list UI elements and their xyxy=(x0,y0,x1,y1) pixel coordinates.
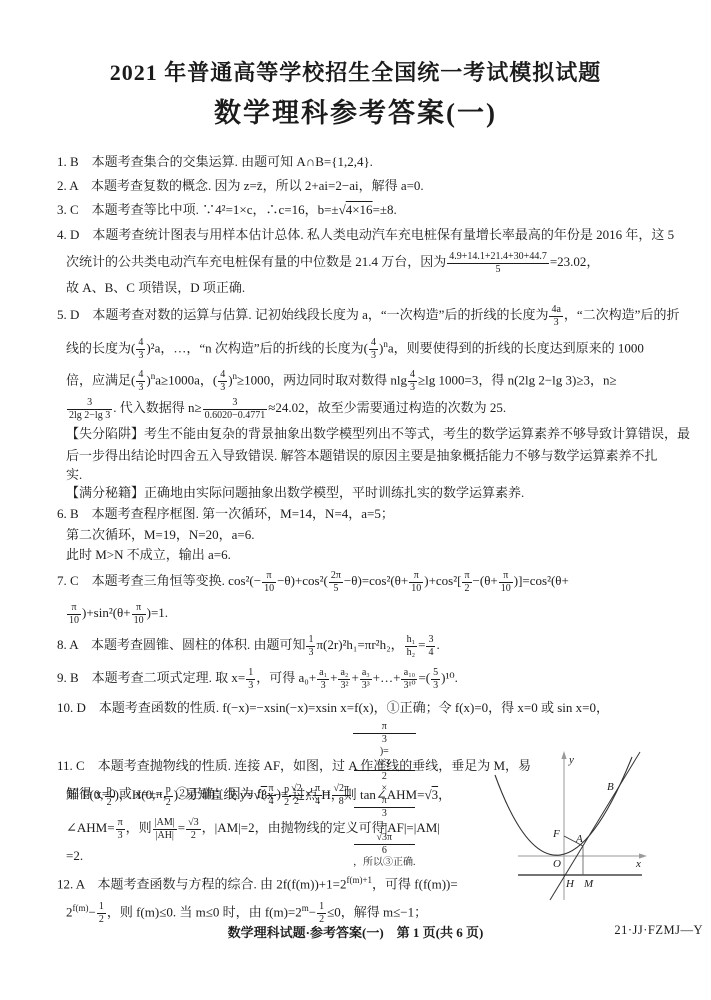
label-y-axis: y xyxy=(568,754,574,766)
answer-line-8: 8. A 本题考查圆锥、圆柱的体积. 由题可知13π(2r)²h₁=πr²h₂，… xyxy=(57,629,657,661)
y-axis-arrow-icon xyxy=(561,751,566,759)
answer-line-6b: 第二次循环，M=19，N=20，a=6. xyxy=(57,525,657,545)
pitfall-note-line1: 【失分陷阱】考生不能由复杂的背景抽象出数学模型列出不等式，考生的数学运算素养不够… xyxy=(57,423,657,445)
answer-line-4a: 4. D 本题考查统计图表与用样本估计总体. 私人类电动汽车充电桩保有量增长率最… xyxy=(57,222,657,247)
footer-page-info: 数学理科试题·参考答案(一) 第 1 页(共 6 页) xyxy=(0,922,711,941)
label-point-M: M xyxy=(583,878,594,890)
answer-line-7b: π10)+sin²(θ+π10)=1. xyxy=(57,597,657,629)
answer-line-5d: 32lg 2−lg 3. 代入数据得 n≥30.6020−0.4771≈24.0… xyxy=(57,392,657,423)
label-point-F: F xyxy=(552,828,560,840)
pitfall-note-line3: 实. xyxy=(57,467,657,483)
answer-line-5b: 线的长度为(43)²a，…，“n 次构造”后的折线的长度为(43)na，则要使得… xyxy=(57,329,657,360)
parabola-figure-svg: y x F A B O H M xyxy=(490,742,665,920)
answer-line-7a: 7. C 本题考查三角恒等变换. cos²(−π10−θ)+cos²(2π5−θ… xyxy=(57,565,657,597)
label-x-axis: x xyxy=(635,858,641,870)
label-point-O: O xyxy=(553,858,561,870)
label-point-H: H xyxy=(565,878,575,890)
answer-line-2: 2. A 本题考查复数的概念. 因为 z=z̄，所以 2+ai=2−ai，解得 … xyxy=(57,174,657,198)
exam-answer-page: 2021 年普通高等学校招生全国统一考试模拟试题 数学理科参考答案(一) 1. … xyxy=(0,0,711,1000)
answer-line-10a: 10. D 本题考查函数的性质. f(−x)=−xsin(−x)=xsin x=… xyxy=(57,695,657,721)
document-header: 2021 年普通高等学校招生全国统一考试模拟试题 数学理科参考答案(一) xyxy=(0,56,711,130)
document-title-line2: 数学理科参考答案(一) xyxy=(0,91,711,130)
answer-line-6c: 此时 M>N 不成立，输出 a=6. xyxy=(57,545,657,565)
answer-line-4b: 次统计的公共类电动汽车充电桩保有量的中位数是 21.4 万台，因为4.9+14.… xyxy=(57,247,657,276)
tip-note-line: 【满分秘籍】正确地由实际问题抽象出数学模型，平时训练扎实的数学运算素养. xyxy=(57,483,657,503)
parabola-figure: y x F A B O H M xyxy=(490,742,665,920)
document-title-line1: 2021 年普通高等学校招生全国统一考试模拟试题 xyxy=(0,56,711,87)
answer-line-3: 3. C 本题考查等比中项. ∵4²=1×c，∴c=16，b=±√4×16=±8… xyxy=(57,198,657,222)
answer-line-6a: 6. B 本题考查程序框图. 第一次循环，M=14，N=4，a=5； xyxy=(57,503,657,525)
label-point-A: A xyxy=(575,833,583,845)
answer-line-4c: 故 A、B、C 项错误，D 项正确. xyxy=(57,276,657,300)
answer-line-1: 1. B 本题考查集合的交集运算. 由题可知 A∩B={1,2,4}. xyxy=(57,150,657,174)
answer-line-5c: 倍，应满足(43)na≥1000a，(43)n≥1000，两边同时取对数得 nl… xyxy=(57,360,657,392)
answer-line-9: 9. B 本题考查二项式定理. 取 x=13，可得 a₀+a₁3+a₂3²+a₃… xyxy=(57,661,657,695)
footer-code: 21·JJ·FZMJ—Y xyxy=(614,923,703,938)
pitfall-note-line2: 后一步得出结论时四舍五入导致错误. 解答本题错误的原因主要是抽象概括能力不够与数… xyxy=(57,445,657,467)
answer-line-5a: 5. D 本题考查对数的运算与估算. 记初始线段长度为 a，“一次构造”后的折线… xyxy=(57,300,657,329)
label-point-B: B xyxy=(607,781,614,793)
page-footer: 数学理科试题·参考答案(一) 第 1 页(共 6 页) 21·JJ·FZMJ—Y xyxy=(0,922,711,942)
